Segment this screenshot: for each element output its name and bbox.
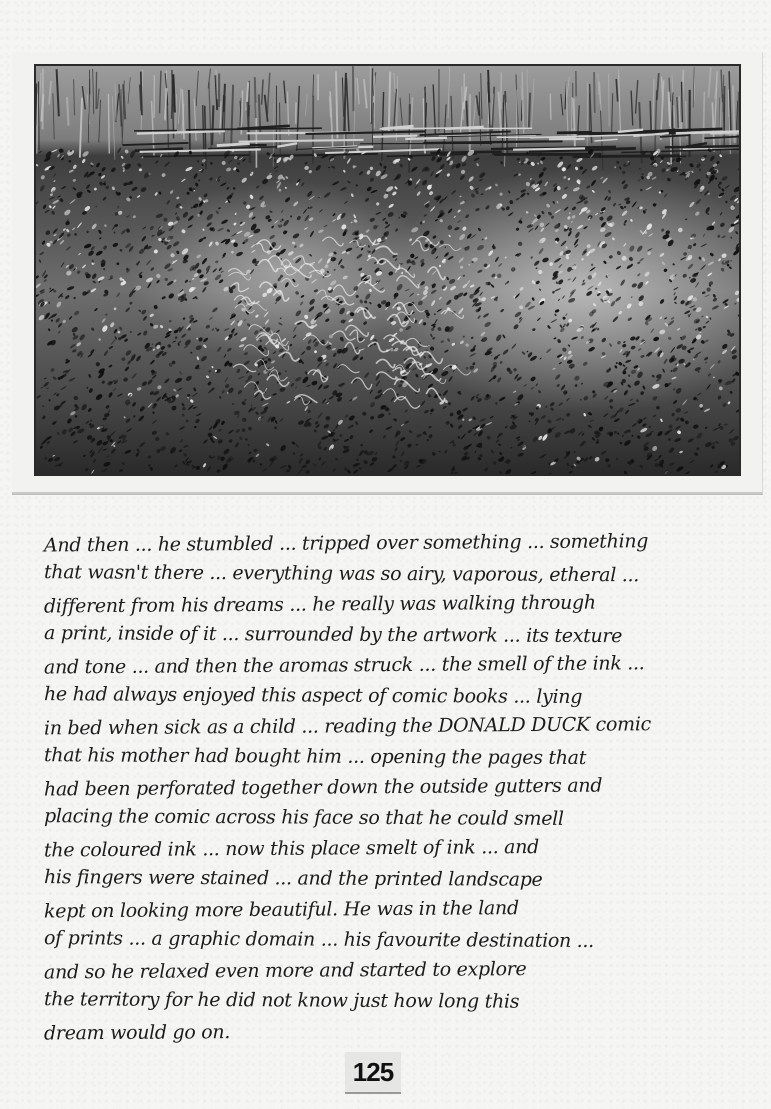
- text-line: in bed when sick as a child ... reading …: [44, 709, 744, 744]
- handwritten-passage: And then ... he stumbled ... tripped ove…: [44, 528, 744, 1047]
- text-line: that his mother had bought him ... openi…: [44, 740, 744, 774]
- text-line: a print, inside of it ... surrounded by …: [44, 618, 744, 652]
- landscape-etching-image: [36, 66, 739, 474]
- text-line: of prints ... a graphic domain ... his f…: [44, 923, 744, 957]
- text-line: dream would go on.: [44, 1014, 744, 1049]
- text-line: had been perforated together down the ou…: [44, 770, 744, 805]
- text-line: placing the comic across his face so tha…: [44, 801, 744, 835]
- text-line: his fingers were stained ... and the pri…: [44, 862, 744, 896]
- page-number-label: 125: [345, 1052, 401, 1094]
- text-line: and so he relaxed even more and started …: [44, 953, 744, 988]
- text-line: kept on looking more beautiful. He was i…: [44, 892, 744, 927]
- text-line: he had always enjoyed this aspect of com…: [44, 679, 744, 713]
- text-line: the territory for he did not know just h…: [44, 984, 744, 1018]
- text-line: And then ... he stumbled ... tripped ove…: [44, 526, 744, 561]
- text-line: and tone ... and then the aromas struck …: [44, 648, 744, 683]
- text-line: the coloured ink ... now this place smel…: [44, 831, 744, 866]
- etching-illustration: [34, 64, 741, 476]
- text-line: different from his dreams ... he really …: [44, 587, 744, 622]
- text-line: that wasn't there ... everything was so …: [44, 557, 744, 591]
